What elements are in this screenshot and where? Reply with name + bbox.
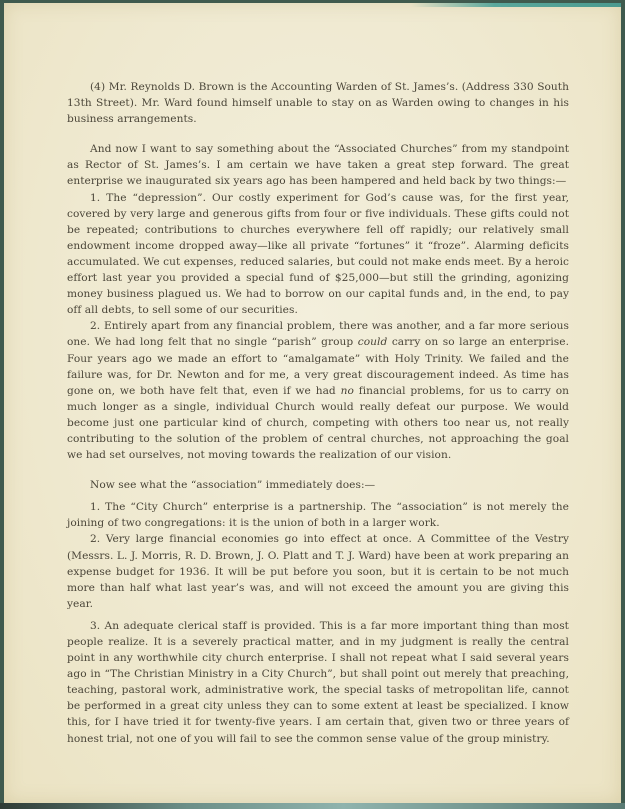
- paragraph-benefit-1: 1. The “City Church” enterprise is a par…: [67, 499, 569, 531]
- paragraph-problem-2: 2. Entirely apart from any financial pro…: [67, 318, 569, 463]
- paragraph-associated-churches-intro: And now I want to say something about th…: [67, 141, 569, 189]
- paragraph-association-intro: Now see what the “association” immediate…: [67, 477, 569, 493]
- paragraph-problem-1: 1. The “depression”. Our costly experime…: [67, 190, 569, 319]
- page-edge-top: [411, 3, 621, 7]
- document-body: (4) Mr. Reynolds D. Brown is the Account…: [67, 79, 569, 747]
- page-edge-bottom: [0, 803, 625, 809]
- paragraph-warden-note: (4) Mr. Reynolds D. Brown is the Account…: [67, 79, 569, 127]
- document-page: (4) Mr. Reynolds D. Brown is the Account…: [4, 3, 621, 803]
- paragraph-benefit-3: 3. An adequate clerical staff is provide…: [67, 618, 569, 747]
- paragraph-benefit-2: 2. Very large financial economies go int…: [67, 531, 569, 611]
